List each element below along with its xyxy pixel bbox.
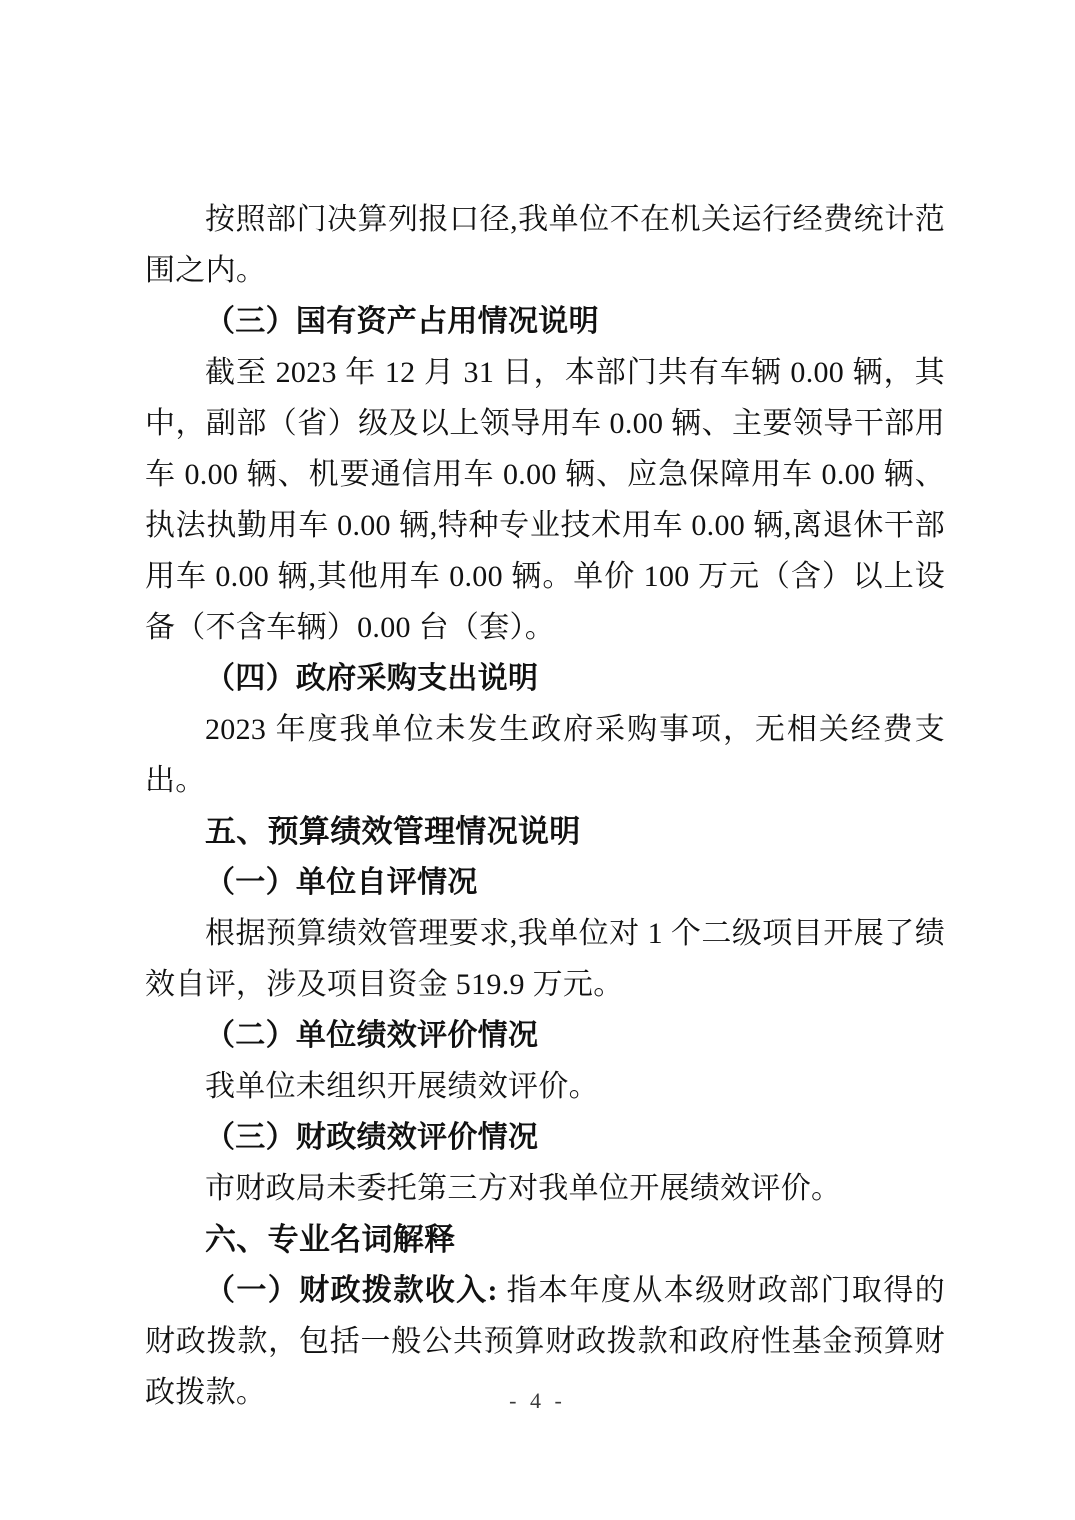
heading-state-owned-assets: （三）国有资产占用情况说明: [145, 296, 945, 347]
document-body: 按照部门决算列报口径,我单位不在机关运行经费统计范围之内。 （三）国有资产占用情…: [145, 194, 945, 1418]
heading-section-6-terminology: 六、专业名词解释: [145, 1214, 945, 1265]
para-agency-operating-expense-note: 按照部门决算列报口径,我单位不在机关运行经费统计范围之内。: [145, 194, 945, 296]
para-vehicle-and-equipment-stats: 截至 2023 年 12 月 31 日，本部门共有车辆 0.00 辆，其中，副部…: [145, 347, 945, 653]
para-self-evaluation-detail: 根据预算绩效管理要求,我单位对 1 个二级项目开展了绩效自评，涉及项目资金 51…: [145, 908, 945, 1010]
term-lead-fiscal-appropriation: （一）财政拨款收入:: [205, 1274, 507, 1307]
heading-fiscal-performance-evaluation: （三）财政绩效评价情况: [145, 1112, 945, 1163]
heading-government-procurement: （四）政府采购支出说明: [145, 653, 945, 704]
document-page: 按照部门决算列报口径,我单位不在机关运行经费统计范围之内。 （三）国有资产占用情…: [0, 0, 1075, 1520]
para-procurement-note: 2023 年度我单位未发生政府采购事项，无相关经费支出。: [145, 704, 945, 806]
heading-unit-performance-evaluation: （二）单位绩效评价情况: [145, 1010, 945, 1061]
para-unit-performance-evaluation-detail: 我单位未组织开展绩效评价。: [145, 1061, 945, 1112]
page-number: - 4 -: [0, 1388, 1075, 1414]
heading-section-5-budget-performance: 五、预算绩效管理情况说明: [145, 806, 945, 857]
para-fiscal-performance-evaluation-detail: 市财政局未委托第三方对我单位开展绩效评价。: [145, 1163, 945, 1214]
heading-self-evaluation: （一）单位自评情况: [145, 857, 945, 908]
